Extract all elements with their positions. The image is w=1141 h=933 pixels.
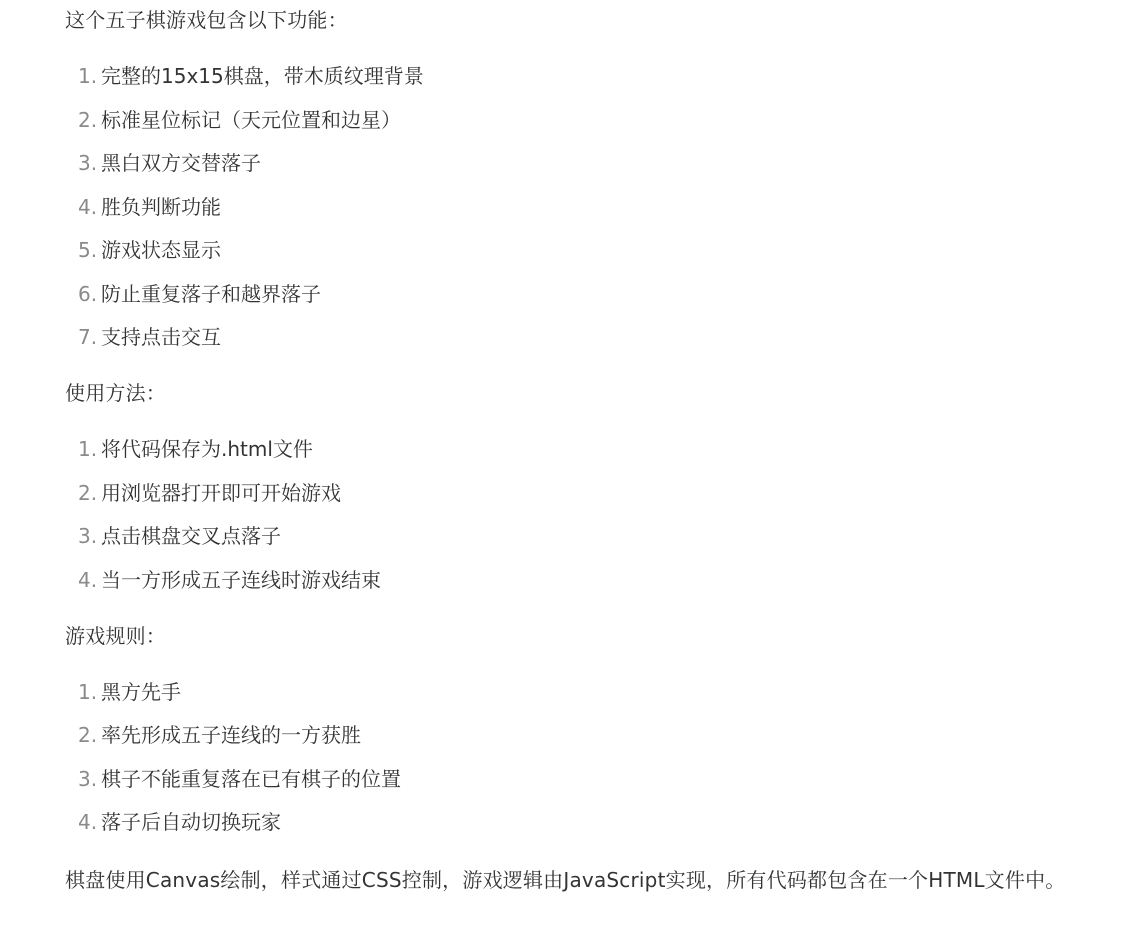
list-item: 3.点击棋盘交叉点落子 [78, 520, 1071, 552]
list-number: 7. [78, 321, 101, 353]
list-text: 当一方形成五子连线时游戏结束 [101, 564, 381, 596]
closing-paragraph: 棋盘使用Canvas绘制，样式通过CSS控制，游戏逻辑由JavaScript实现… [65, 862, 1071, 898]
list-text: 游戏状态显示 [101, 234, 221, 266]
list-number: 3. [78, 520, 101, 552]
list-item: 2.用浏览器打开即可开始游戏 [78, 477, 1071, 509]
response-content: 这个五子棋游戏包含以下功能： 1.完整的15x15棋盘，带木质纹理背景 2.标准… [0, 0, 1141, 898]
list-item: 6.防止重复落子和越界落子 [78, 278, 1071, 310]
list-number: 2. [78, 719, 101, 751]
list-item: 1.完整的15x15棋盘，带木质纹理背景 [78, 60, 1071, 92]
list-number: 1. [78, 60, 101, 92]
list-number: 1. [78, 433, 101, 465]
list-text: 黑白双方交替落子 [101, 147, 261, 179]
list-text: 支持点击交互 [101, 321, 221, 353]
list-text: 用浏览器打开即可开始游戏 [101, 477, 341, 509]
list-text: 将代码保存为.html文件 [101, 433, 313, 465]
list-text: 落子后自动切换玩家 [101, 806, 281, 838]
features-heading: 这个五子棋游戏包含以下功能： [65, 4, 1071, 36]
list-text: 胜负判断功能 [101, 191, 221, 223]
rules-list: 1.黑方先手 2.率先形成五子连线的一方获胜 3.棋子不能重复落在已有棋子的位置… [65, 676, 1071, 839]
list-item: 7.支持点击交互 [78, 321, 1071, 353]
list-number: 5. [78, 234, 101, 266]
list-item: 4.当一方形成五子连线时游戏结束 [78, 564, 1071, 596]
list-text: 率先形成五子连线的一方获胜 [101, 719, 361, 751]
list-item: 5.游戏状态显示 [78, 234, 1071, 266]
list-text: 点击棋盘交叉点落子 [101, 520, 281, 552]
list-number: 2. [78, 104, 101, 136]
list-item: 1.黑方先手 [78, 676, 1071, 708]
list-number: 4. [78, 806, 101, 838]
usage-heading: 使用方法： [65, 377, 1071, 409]
list-number: 3. [78, 763, 101, 795]
list-text: 标准星位标记（天元位置和边星） [101, 104, 401, 136]
usage-list: 1.将代码保存为.html文件 2.用浏览器打开即可开始游戏 3.点击棋盘交叉点… [65, 433, 1071, 596]
rules-heading: 游戏规则： [65, 620, 1071, 652]
list-text: 防止重复落子和越界落子 [101, 278, 321, 310]
list-number: 4. [78, 564, 101, 596]
list-item: 1.将代码保存为.html文件 [78, 433, 1071, 465]
list-number: 2. [78, 477, 101, 509]
list-item: 4.落子后自动切换玩家 [78, 806, 1071, 838]
list-text: 完整的15x15棋盘，带木质纹理背景 [101, 60, 424, 92]
list-item: 2.率先形成五子连线的一方获胜 [78, 719, 1071, 751]
list-number: 4. [78, 191, 101, 223]
list-item: 2.标准星位标记（天元位置和边星） [78, 104, 1071, 136]
list-number: 3. [78, 147, 101, 179]
list-item: 4.胜负判断功能 [78, 191, 1071, 223]
list-item: 3.棋子不能重复落在已有棋子的位置 [78, 763, 1071, 795]
list-number: 6. [78, 278, 101, 310]
list-text: 棋子不能重复落在已有棋子的位置 [101, 763, 401, 795]
list-text: 黑方先手 [101, 676, 181, 708]
list-item: 3.黑白双方交替落子 [78, 147, 1071, 179]
list-number: 1. [78, 676, 101, 708]
features-list: 1.完整的15x15棋盘，带木质纹理背景 2.标准星位标记（天元位置和边星） 3… [65, 60, 1071, 353]
